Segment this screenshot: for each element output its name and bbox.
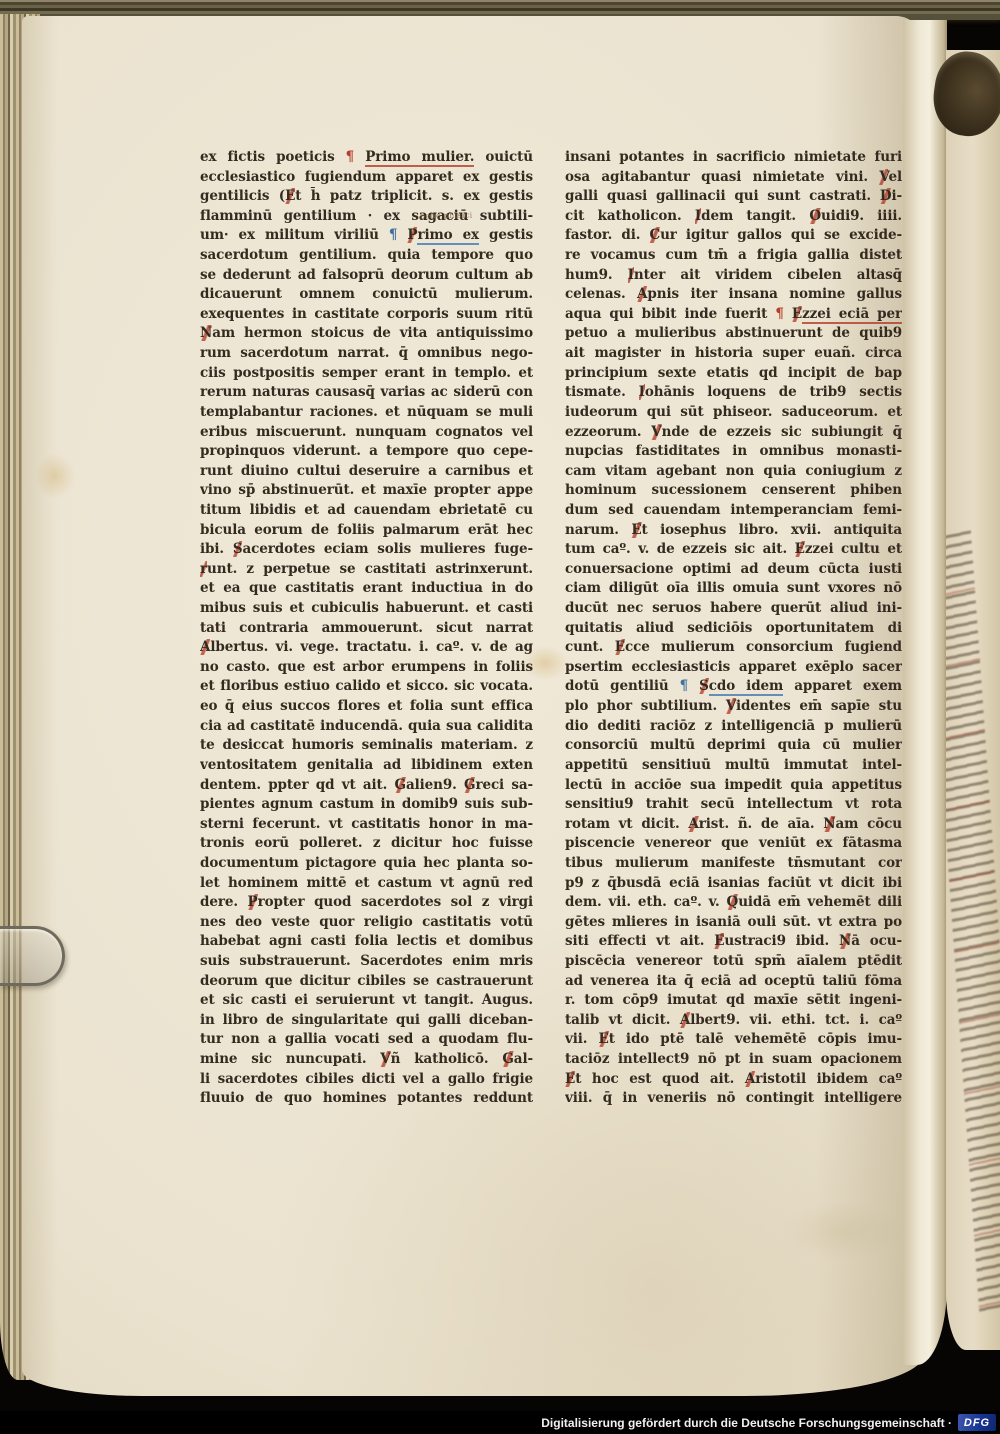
text-line: fluuio de quo homines potantes reddunt [200, 1089, 533, 1109]
text-line: exequentes in castitate corporis suum ri… [200, 305, 533, 325]
text-line: tronis eorū polleret. z dicitur hoc fuis… [200, 834, 533, 854]
text-line: suis substrauerunt. Sacerdotes enim mris [200, 952, 533, 972]
dfg-logo: DFG [958, 1414, 996, 1431]
text-line: cia ad castitatē inducendā. quia sua cal… [200, 717, 533, 737]
text-line: iudeorum qui sūt phiseor. saduceorum. et [565, 403, 902, 423]
text-line: pientes agnum castum in domib9 suis sub- [200, 795, 533, 815]
text-line: tati contraria ammouerunt. sicut narrat [200, 619, 533, 639]
text-line: habebat agni casti folia lectis et domib… [200, 932, 533, 952]
text-line: psertim ecclesiasticis apparet exēplo sa… [565, 658, 902, 678]
text-line: ad venerea ita q̄ eciā ad oceptū taliū f… [565, 972, 902, 992]
text-line: templabantur raciones. et nūquam se muli [200, 403, 533, 423]
text-line: gentilicis (Et h̄ patz triplicit. s. ex … [200, 187, 533, 207]
text-line: dotū gentiliū ¶ Scdo idem apparet exem [565, 677, 902, 697]
next-page-bleed [946, 50, 1000, 1350]
text-line: vino sp̄ abstinuerūt. et maxīe propter a… [200, 481, 533, 501]
text-line: ex fictis poeticis ¶ Primo mulier. ouict… [200, 148, 533, 168]
text-line: conuersacione optimi ad deum cūcta iusti [565, 560, 902, 580]
text-line: galli quasi gallinacii qui sunt castrati… [565, 187, 902, 207]
text-line: Et hoc est quod ait. Aristotil ibidem ca… [565, 1070, 902, 1090]
text-line: ecclesiastico fugiendum apparet ex gesti… [200, 168, 533, 188]
text-line: principium sexte etatis qd incipit de ba… [565, 364, 902, 384]
text-line: sterni fecerunt. vt castitatis honor in … [200, 815, 533, 835]
text-line: Albertus. vi. vege. tractatu. i. caº. v.… [200, 638, 533, 658]
text-line: cunt. Ecce mulierum consorcium fugiend [565, 638, 902, 658]
text-line: ait magister in historia super euañ. cir… [565, 344, 902, 364]
text-line: dem. vii. eth. caº. v. Quidā em̄ vehemēt… [565, 893, 902, 913]
text-line: se dederunt ad falsoprū deorum cultum ab [200, 266, 533, 286]
text-line: Nam hermon stoicus de vita antiquissimo [200, 324, 533, 344]
text-line: fastor. di. Cur igitur gallos qui se exc… [565, 226, 902, 246]
text-line: taciōz intellect9 nō pt in suam opacione… [565, 1050, 902, 1070]
text-line: bicula eorum de foliis palmarum erāt hec [200, 521, 533, 541]
text-line: quitatis aliud sediciōis oportunitatem d… [565, 619, 902, 639]
credit-text: Digitalisierung gefördert durch die Deut… [541, 1416, 952, 1430]
text-line: ezzeorum. Vnde de ezzeis sic subiungit q… [565, 423, 902, 443]
text-line: eo q̄ eius succos flores et folia sunt e… [200, 697, 533, 717]
text-line: deorum que dicitur cibiles se castraueru… [200, 972, 533, 992]
text-line: eribus miscuerunt. nunquam cognatos vel [200, 423, 533, 443]
text-line: lectū in acciōe sua impedit quia appetit… [565, 776, 902, 796]
text-line: hum9. Inter ait viridem cibelen altasq̄ [565, 266, 902, 286]
text-line: insani potantes in sacrificio nimietate … [565, 148, 902, 168]
text-line: ibi. Sacerdotes eciam solis mulieres fug… [200, 540, 533, 560]
text-line: viii. q̄ in veneriis nō contingit intell… [565, 1089, 902, 1109]
text-line: et floribus estiuo calido et sicco. sic … [200, 677, 533, 697]
text-line: dicauerunt omnem conuictū mulierum. [200, 285, 533, 305]
page-fore-edge-curl [903, 20, 947, 1365]
digitization-credit-bar: Digitalisierung gefördert durch die Deut… [0, 1411, 1000, 1434]
text-line: tur non a gallia vocati sed a quodam flu… [200, 1030, 533, 1050]
text-line: titum libidis et ad cauendam ebrietatē c… [200, 501, 533, 521]
text-line: nes deo veste quor religio castitatis vo… [200, 913, 533, 933]
text-line: consorciū multū deprimi quia cū mulier [565, 736, 902, 756]
text-line: piscencie venereor que veniūt ex fātasma [565, 834, 902, 854]
page-holder-clip [0, 926, 65, 986]
text-line: li sacerdotes cibiles dicti vel a gallo … [200, 1070, 533, 1090]
text-line: documentum pictagore quia hec planta so- [200, 854, 533, 874]
text-line: appetitū sensitiuū multū immutat intel- [565, 756, 902, 776]
text-line: et sic casti ei seruierunt vt tangit. Au… [200, 991, 533, 1011]
text-line: dere. Propter quod sacerdotes sol z virg… [200, 893, 533, 913]
text-line: tismate. Iohānis loquens de trib9 sectis [565, 383, 902, 403]
text-line: ciis postpositis semper erant in templo.… [200, 364, 533, 384]
text-line: mibus suis et cubiculis habuerunt. et ca… [200, 599, 533, 619]
text-line: no casto. que est arbor erumpens in foli… [200, 658, 533, 678]
text-line: plo phor subtilium. Videntes em̄ sapīe s… [565, 697, 902, 717]
paper-stain [782, 1201, 902, 1261]
text-line: propinquos viderunt. a tempore quo cepe- [200, 442, 533, 462]
text-line: petuo a mulieribus abstinuerunt de quib9 [565, 324, 902, 344]
text-line: let hominem mittē et castum vt agnū red [200, 874, 533, 894]
text-line: dentem. ppter qd vt ait. Galien9. Greci … [200, 776, 533, 796]
text-line: osa agitabantur quasi nimietate vini. Ve… [565, 168, 902, 188]
text-line: siti effecti vt ait. Eustraci9 ibid. Nā … [565, 932, 902, 952]
paper-stain [35, 453, 75, 499]
text-line: dum sed cauendam intemperanciam femi- [565, 501, 902, 521]
text-line: runt. z perpetue se castitati astrinxeru… [200, 560, 533, 580]
text-line: cam vitam agebant non quia coniugium z [565, 462, 902, 482]
text-line: mine sic nuncupati. Vñ katholicō. Gal- [200, 1050, 533, 1070]
text-line: in libro de singularitate qui galli dice… [200, 1011, 533, 1031]
marginal-gloss: bene phisici [420, 211, 473, 221]
text-line: rerum naturas causasq̄ varias ac siderū … [200, 383, 533, 403]
text-line: rotam vt dicit. Arist. ñ. de aīa. Nam cō… [565, 815, 902, 835]
text-line: p9 z q̄busdā eciā isanias faciūt vt dici… [565, 874, 902, 894]
text-line: ciam diligūt oīa illis omuia sunt vxores… [565, 579, 902, 599]
text-line: tibus mulierum manifeste tn̄smutant cor [565, 854, 902, 874]
text-column-left: ex fictis poeticis ¶ Primo mulier. ouict… [200, 148, 533, 1109]
text-line: re vocamus cum tm̄ a frigia gallia diste… [565, 246, 902, 266]
text-line: nupcias fastiditates in omnibus monasti- [565, 442, 902, 462]
text-line: celenas. Apnis iter insana nomine gallus [565, 285, 902, 305]
text-column-right: insani potantes in sacrificio nimietate … [565, 148, 902, 1109]
text-line: dio dediti raciōz z intelligenciā p muli… [565, 717, 902, 737]
next-page-blurred-text [946, 527, 1000, 1313]
text-line: runt diuino cultui deseruire a carnibus … [200, 462, 533, 482]
text-line: flamminū gentilium · ex sagaciū subtili- [200, 207, 533, 227]
text-line: talib vt dicit. Albert9. vii. ethi. tct.… [565, 1011, 902, 1031]
text-line: ventositatem genitalia ad libidinem exte… [200, 756, 533, 776]
text-line: te desiccat humoris seminalis materiam. … [200, 736, 533, 756]
text-line: tum caº. v. de ezzeis sic ait. Ezzei cul… [565, 540, 902, 560]
text-line: piscēcia venereor totū spm̄ aīalem ptēdi… [565, 952, 902, 972]
book-scan-photo: ex fictis poeticis ¶ Primo mulier. ouict… [0, 0, 1000, 1434]
text-line: aqua qui bibit inde fuerit ¶ Ezzei eciā … [565, 305, 902, 325]
text-line: sensitiu9 trahit secū intellectum vt rot… [565, 795, 902, 815]
text-line: vii. Et ido ptē talē vehemētē cōpis imu- [565, 1030, 902, 1050]
text-line: narum. Et iosephus libro. xvii. antiquit… [565, 521, 902, 541]
text-line: sacerdotum gentilium. quia tempore quo [200, 246, 533, 266]
text-line: r. tom cōp9 imutat qd maxīe sētit ingeni… [565, 991, 902, 1011]
text-line: hominum sucessionem censerent phiben [565, 481, 902, 501]
text-line: rum sacerdotum narrat. q̄ omnibus nego- [200, 344, 533, 364]
text-line: gētes mlieres in isaniā ouli sūt. vt ext… [565, 913, 902, 933]
text-line: et ea que castitatis erant inductiua in … [200, 579, 533, 599]
text-line: cit katholicon. Idem tangit. Ouidi9. iii… [565, 207, 902, 227]
text-line: um· ex militum viriliū ¶ Primo ex gestis [200, 226, 533, 246]
text-line: ducūt nec seruos habere querūt aliud ini… [565, 599, 902, 619]
